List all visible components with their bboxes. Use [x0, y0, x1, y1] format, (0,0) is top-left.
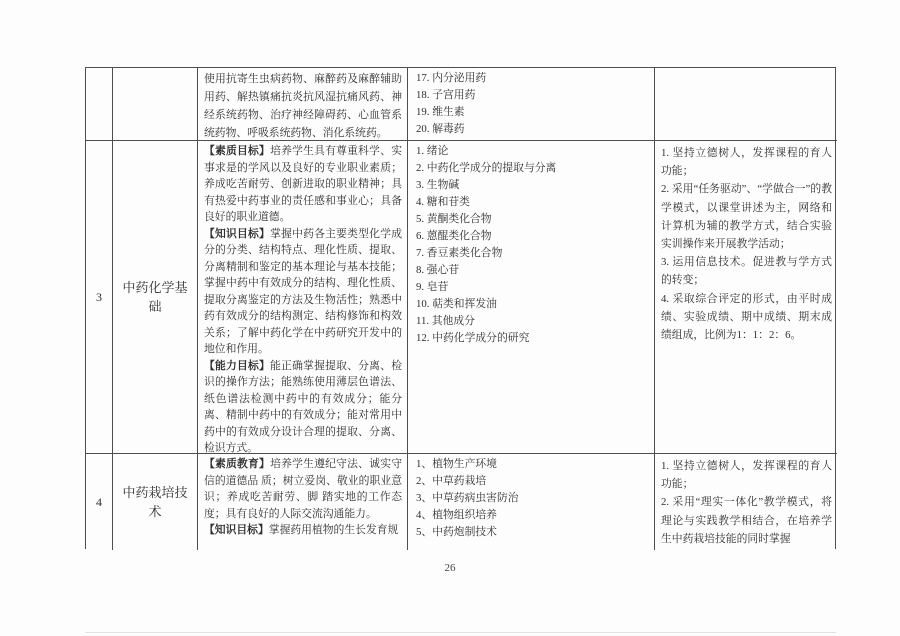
row-number-cell [86, 68, 113, 141]
list-item: 9. 皂苷 [416, 279, 650, 296]
list-item: 1. 坚持立德树人，发挥课程的育人功能； [661, 457, 832, 493]
objective-paragraph: 【素质教育】培养学生遵纪守法、诚实守信的道德品 质；树立爱岗、敬业的职业意识；养… [204, 456, 402, 522]
list-item: 10. 萜类和挥发油 [416, 296, 650, 313]
objective-label: 【能力目标】 [204, 360, 270, 372]
list-item: 4、植物组织培养 [416, 507, 650, 524]
list-item: 11. 其他成分 [416, 313, 650, 330]
objectives-cell: 【素质目标】培养学生具有尊重科学、实事求是的学风以及良好的专业职业素质；养成吃苦… [198, 141, 408, 454]
methods-cell: 1. 坚持立德树人，发挥课程的育人功能；2. 采用“理实一体化”教学模式，将理论… [655, 454, 837, 550]
list-item: 19. 维生素 [416, 104, 650, 121]
objective-label: 【知识目标】 [204, 524, 269, 536]
list-item: 6. 蒽醌类化合物 [416, 228, 650, 245]
list-item: 18. 子宫用药 [416, 87, 650, 104]
list-item: 12. 中药化学成分的研究 [416, 330, 650, 347]
list-item: 17. 内分泌用药 [416, 70, 650, 87]
methods-cell [655, 68, 837, 141]
content-cell: 1. 绪论2. 中药化学成分的提取与分离3. 生物碱4. 糖和苷类5. 黄酮类化… [408, 141, 655, 454]
row-number-cell: 4 [86, 454, 113, 550]
objective-text: 能正确掌握提取、分离、检识的操作方法；能熟练使用薄层色谱法、纸色谱法检测中药中的… [204, 360, 402, 455]
course-name-cell: 中药栽培技术 [113, 454, 198, 550]
document-page: { "colors": { "border": "#4e4e4e", "ink"… [0, 0, 900, 636]
course-name-cell: 中药化学基础 [113, 141, 198, 454]
list-item: 3. 运用信息技术。促进教与学方式的转变； [661, 253, 832, 289]
objective-text: 掌握药用植物的生长发育规 [269, 524, 399, 536]
list-item: 1、植物生产环境 [416, 456, 650, 473]
list-item: 7. 香豆素类化合物 [416, 245, 650, 262]
list-item: 1. 绪论 [416, 143, 650, 160]
objective-label: 【知识目标】 [204, 228, 270, 240]
list-item: 2、中草药栽培 [416, 473, 650, 490]
objective-label: 【素质目标】 [204, 145, 270, 157]
objectives-cell: 【素质教育】培养学生遵纪守法、诚实守信的道德品 质；树立爱岗、敬业的职业意识；养… [198, 454, 408, 550]
content-cell: 1、植物生产环境2、中草药栽培3、中草药病虫害防治4、植物组织培养5、中药炮制技… [408, 454, 655, 550]
objective-label: 【素质教育】 [204, 458, 270, 470]
list-item: 20. 解毒药 [416, 121, 650, 138]
list-item: 3、中草药病虫害防治 [416, 490, 650, 507]
objectives-cell: 使用抗寄生虫病药物、麻醉药及麻醉辅助用药、解热镇痛抗炎抗风湿抗痛风药、神经系统药… [198, 68, 408, 141]
row-number-cell: 3 [86, 141, 113, 454]
list-item: 8. 强心苷 [416, 262, 650, 279]
next-page-edge-line [85, 632, 836, 633]
list-item: 2. 采用“任务驱动”、“学做合一”的教学模式，以课堂讲述为主，网络和计算机为辅… [661, 180, 832, 253]
objective-paragraph: 【知识目标】掌握药用植物的生长发育规 [204, 522, 402, 539]
list-item: 5. 黄酮类化合物 [416, 211, 650, 228]
page-number: 26 [0, 562, 900, 574]
objective-paragraph: 【素质目标】培养学生具有尊重科学、实事求是的学风以及良好的专业职业素质；养成吃苦… [204, 143, 402, 226]
content-cell: 17. 内分泌用药18. 子宫用药19. 维生素20. 解毒药 [408, 68, 655, 141]
course-name-cell [113, 68, 198, 141]
list-item: 5、中药炮制技术 [416, 524, 650, 541]
list-item: 3. 生物碱 [416, 177, 650, 194]
list-item: 2. 中药化学成分的提取与分离 [416, 160, 650, 177]
list-item: 2. 采用“理实一体化”教学模式，将理论与实践教学相结合，在培养学生中药栽培技能… [661, 493, 832, 548]
objective-text: 掌握中药各主要类型化学成分的分类、结构特点、理化性质、提取、分离精制和鉴定的基本… [204, 228, 402, 356]
objective-paragraph: 【知识目标】掌握中药各主要类型化学成分的分类、结构特点、理化性质、提取、分离精制… [204, 226, 402, 358]
course-table: 使用抗寄生虫病药物、麻醉药及麻醉辅助用药、解热镇痛抗炎抗风湿抗痛风药、神经系统药… [85, 67, 836, 549]
list-item: 1. 坚持立德树人，发挥课程的育人功能； [661, 144, 832, 180]
objective-paragraph: 【能力目标】能正确掌握提取、分离、检识的操作方法；能熟练使用薄层色谱法、纸色谱法… [204, 358, 402, 455]
list-item: 4. 采取综合评定的形式，由平时成绩、实验成绩、期中成绩、期末成绩组成，比例为1… [661, 290, 832, 345]
methods-cell: 1. 坚持立德树人，发挥课程的育人功能；2. 采用“任务驱动”、“学做合一”的教… [655, 141, 837, 454]
list-item: 4. 糖和苷类 [416, 194, 650, 211]
